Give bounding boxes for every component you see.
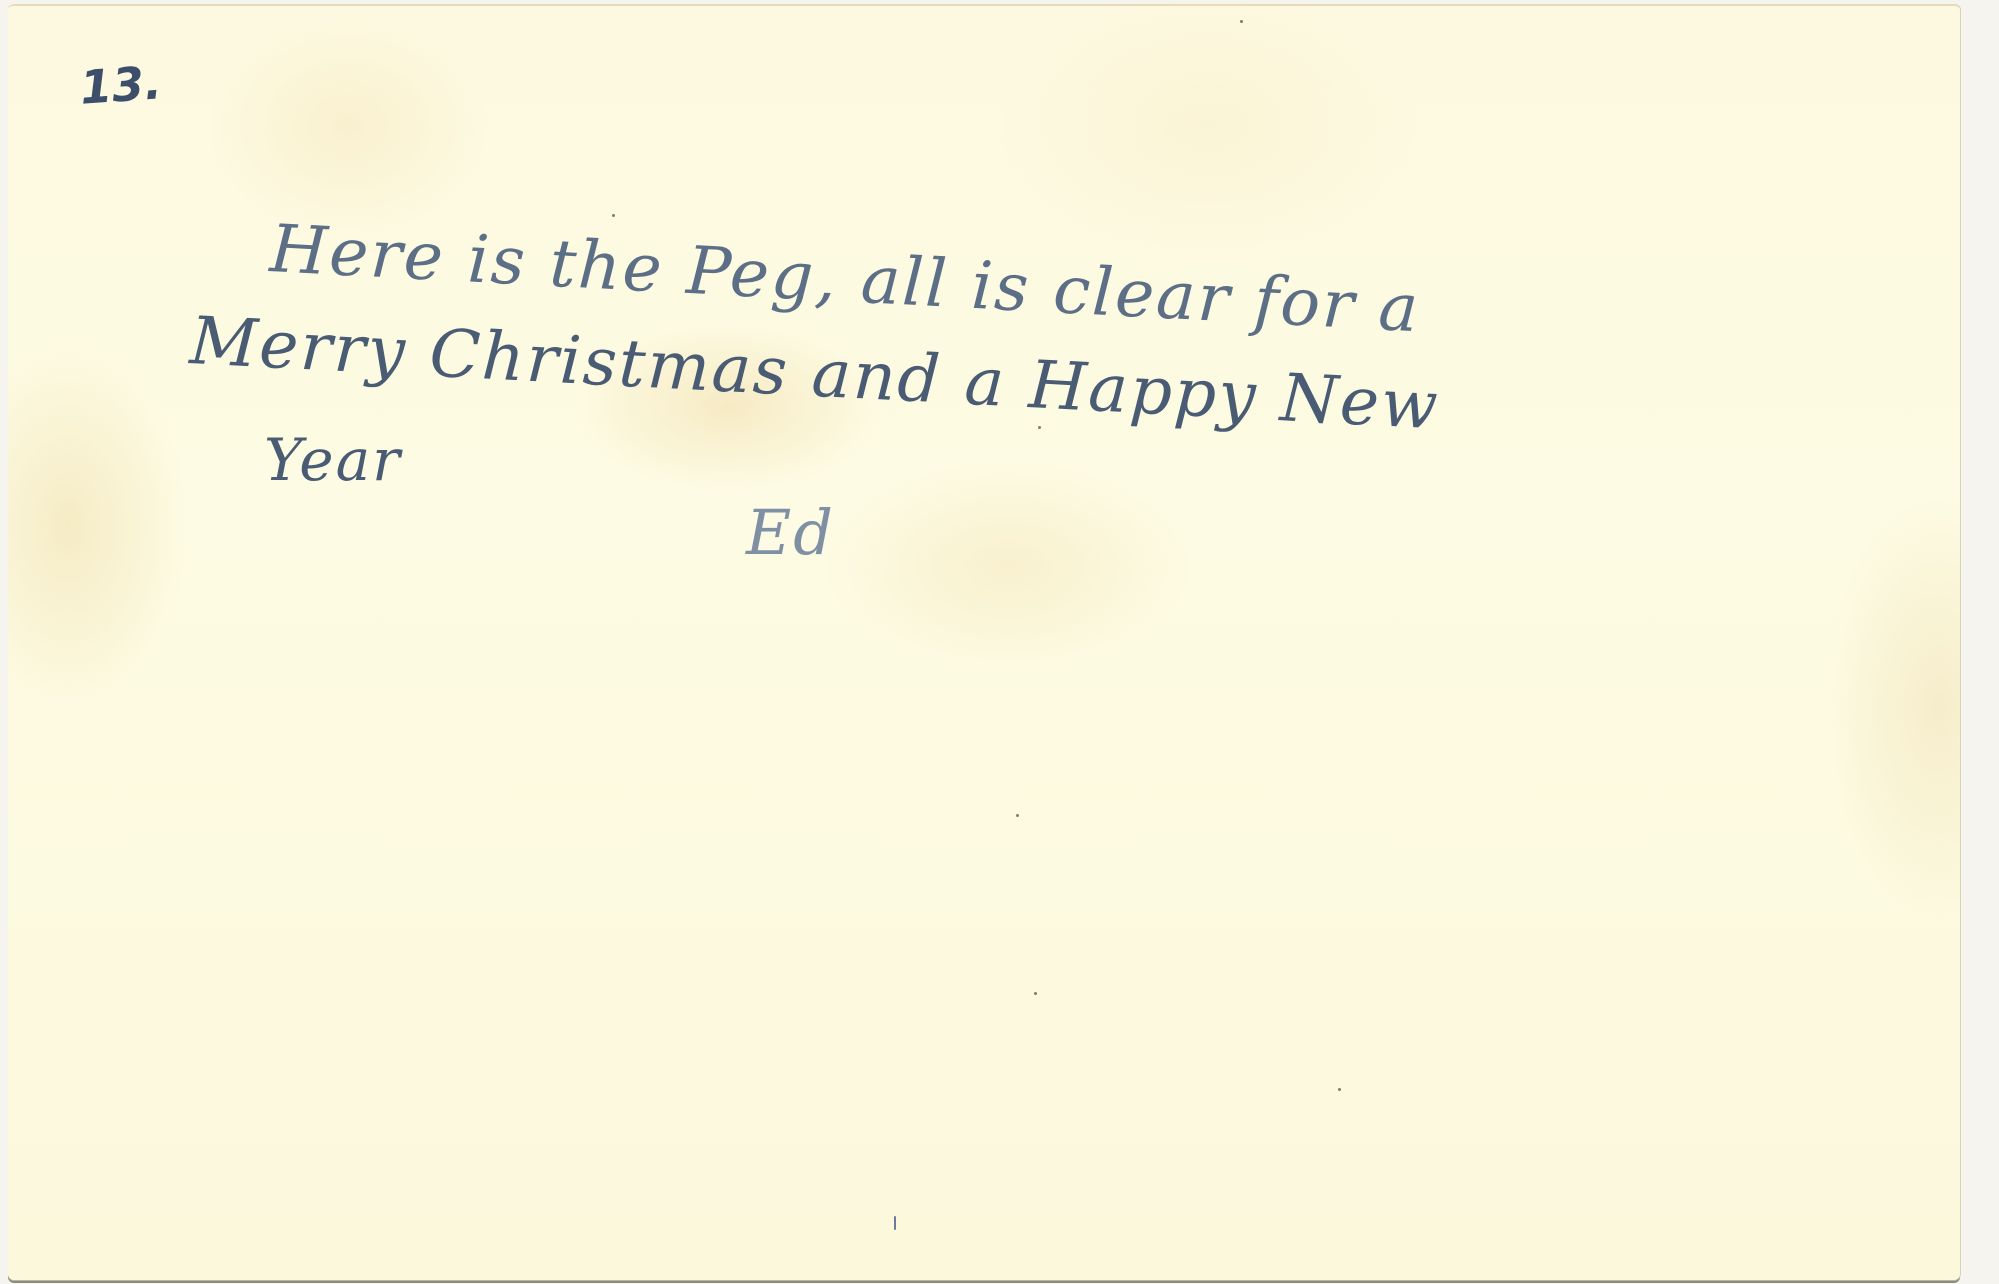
paper-speck bbox=[1338, 1088, 1341, 1091]
paper-speck bbox=[1034, 992, 1037, 995]
paper-speck bbox=[612, 214, 615, 217]
signature: Ed bbox=[746, 496, 835, 569]
message-line-3: Year bbox=[264, 426, 402, 494]
postcard-back: 13. Here is the Peg, all is clear for a … bbox=[8, 4, 1960, 1280]
scanned-postcard: 13. Here is the Peg, all is clear for a … bbox=[0, 0, 1999, 1284]
paper-speck bbox=[1016, 814, 1019, 817]
card-number: 13. bbox=[78, 55, 163, 115]
paper-speck bbox=[1038, 426, 1041, 429]
pencil-mark bbox=[894, 1216, 896, 1230]
paper-speck bbox=[1240, 20, 1243, 23]
